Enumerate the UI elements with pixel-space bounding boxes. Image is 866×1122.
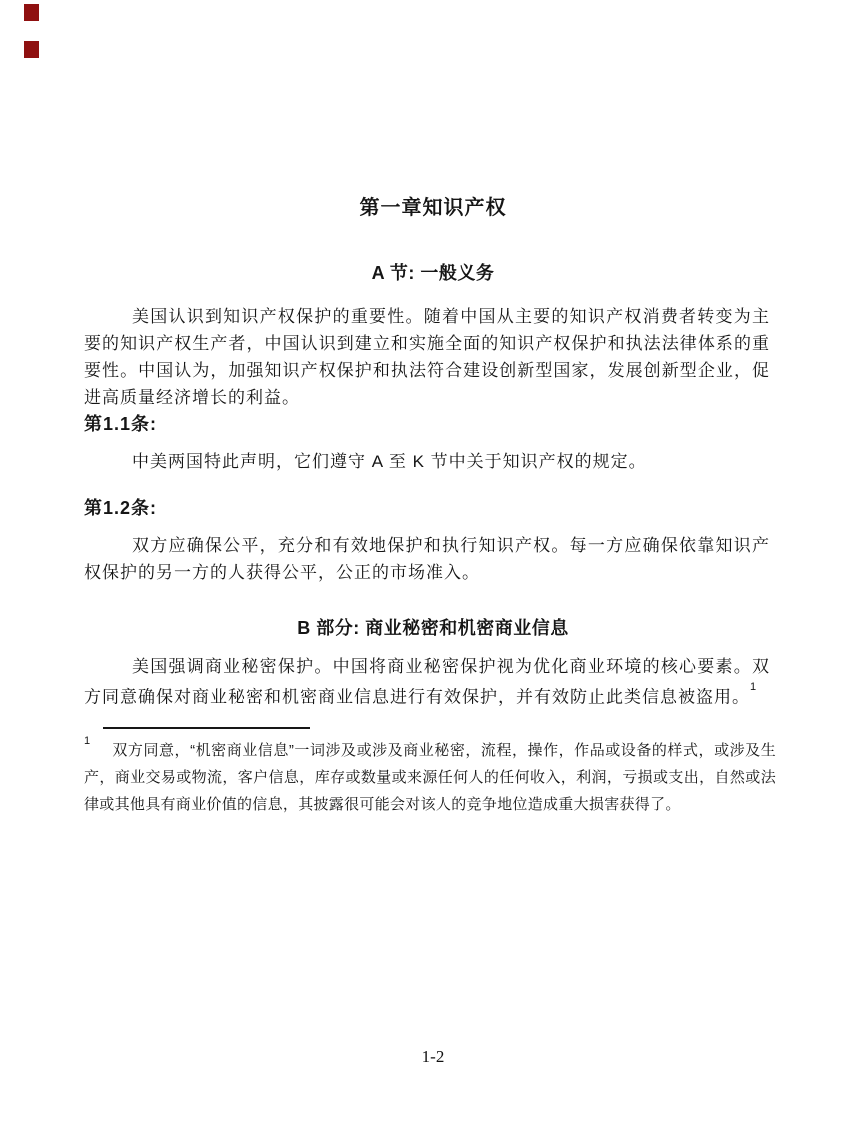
article-1-1-paragraph: 中美两国特此声明，它们遵守 A 至 K 节中关于知识产权的规定。 [84, 448, 770, 475]
section-a-intro-paragraph: 美国认识到知识产权保护的重要性。随着中国从主要的知识产权消费者转变为主要的知识产… [84, 303, 770, 411]
footnote-text: 双方同意，“机密商业信息”一词涉及或涉及商业秘密，流程，操作，作品或设备的样式，… [84, 742, 776, 813]
article-1-2-label: 第1.2条: [84, 494, 157, 520]
footnote: 1双方同意，“机密商业信息”一词涉及或涉及商业秘密，流程，操作，作品或设备的样式… [84, 733, 776, 818]
article-1-1-label: 第1.1条: [84, 410, 157, 436]
article-1-2-paragraph: 双方应确保公平，充分和有效地保护和执行知识产权。每一方应确保依靠知识产权保护的另… [84, 532, 770, 586]
red-artifact-mark [24, 41, 39, 58]
red-artifact-mark [24, 4, 39, 21]
footnote-separator-rule [103, 727, 310, 729]
page-number: 1-2 [0, 1047, 866, 1067]
section-b-heading: B 部分: 商业秘密和机密商业信息 [0, 614, 866, 640]
section-a-heading: A 节: 一般义务 [0, 259, 866, 285]
section-b-intro-paragraph: 美国强调商业秘密保护。中国将商业秘密保护视为优化商业环境的核心要素。双方同意确保… [84, 653, 770, 711]
chapter-title: 第一章知识产权 [0, 191, 866, 220]
footnote-reference: 1 [750, 681, 756, 693]
document-page: 第一章知识产权 A 节: 一般义务 美国认识到知识产权保护的重要性。随着中国从主… [0, 0, 866, 1122]
section-b-intro-text: 美国强调商业秘密保护。中国将商业秘密保护视为优化商业环境的核心要素。双方同意确保… [84, 657, 770, 707]
footnote-marker: 1 [84, 735, 90, 747]
